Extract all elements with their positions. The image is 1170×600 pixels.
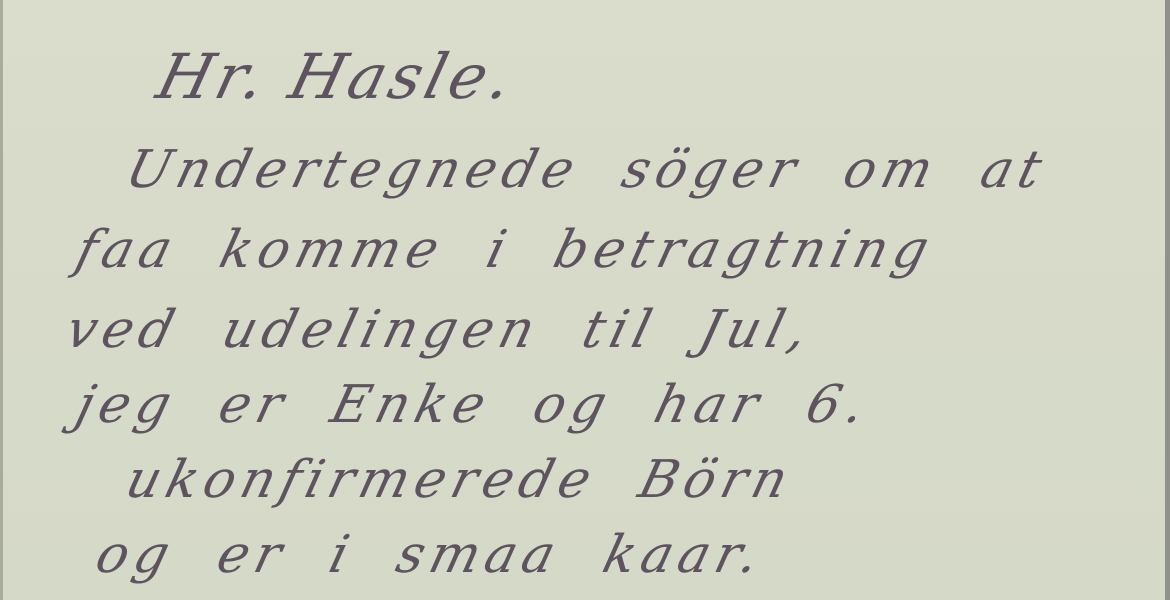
letter-line: ved udelingen til Jul, [60,300,820,360]
letter-page: Hr. Hasle. Undertegnede söger om at faa … [0,0,1170,600]
letter-line: faa komme i betragtning [70,220,941,280]
letter-line: ukonfirmerede Börn [120,450,800,510]
letter-line: jeg er Enke og har 6. [70,375,877,435]
paper-edge-left [0,0,3,600]
letter-line: Undertegnede söger om at [120,140,1053,200]
paper-edge-right [1165,0,1170,600]
letter-line: og er i smaa kaar. [90,525,771,585]
letter-greeting: Hr. Hasle. [150,40,524,113]
